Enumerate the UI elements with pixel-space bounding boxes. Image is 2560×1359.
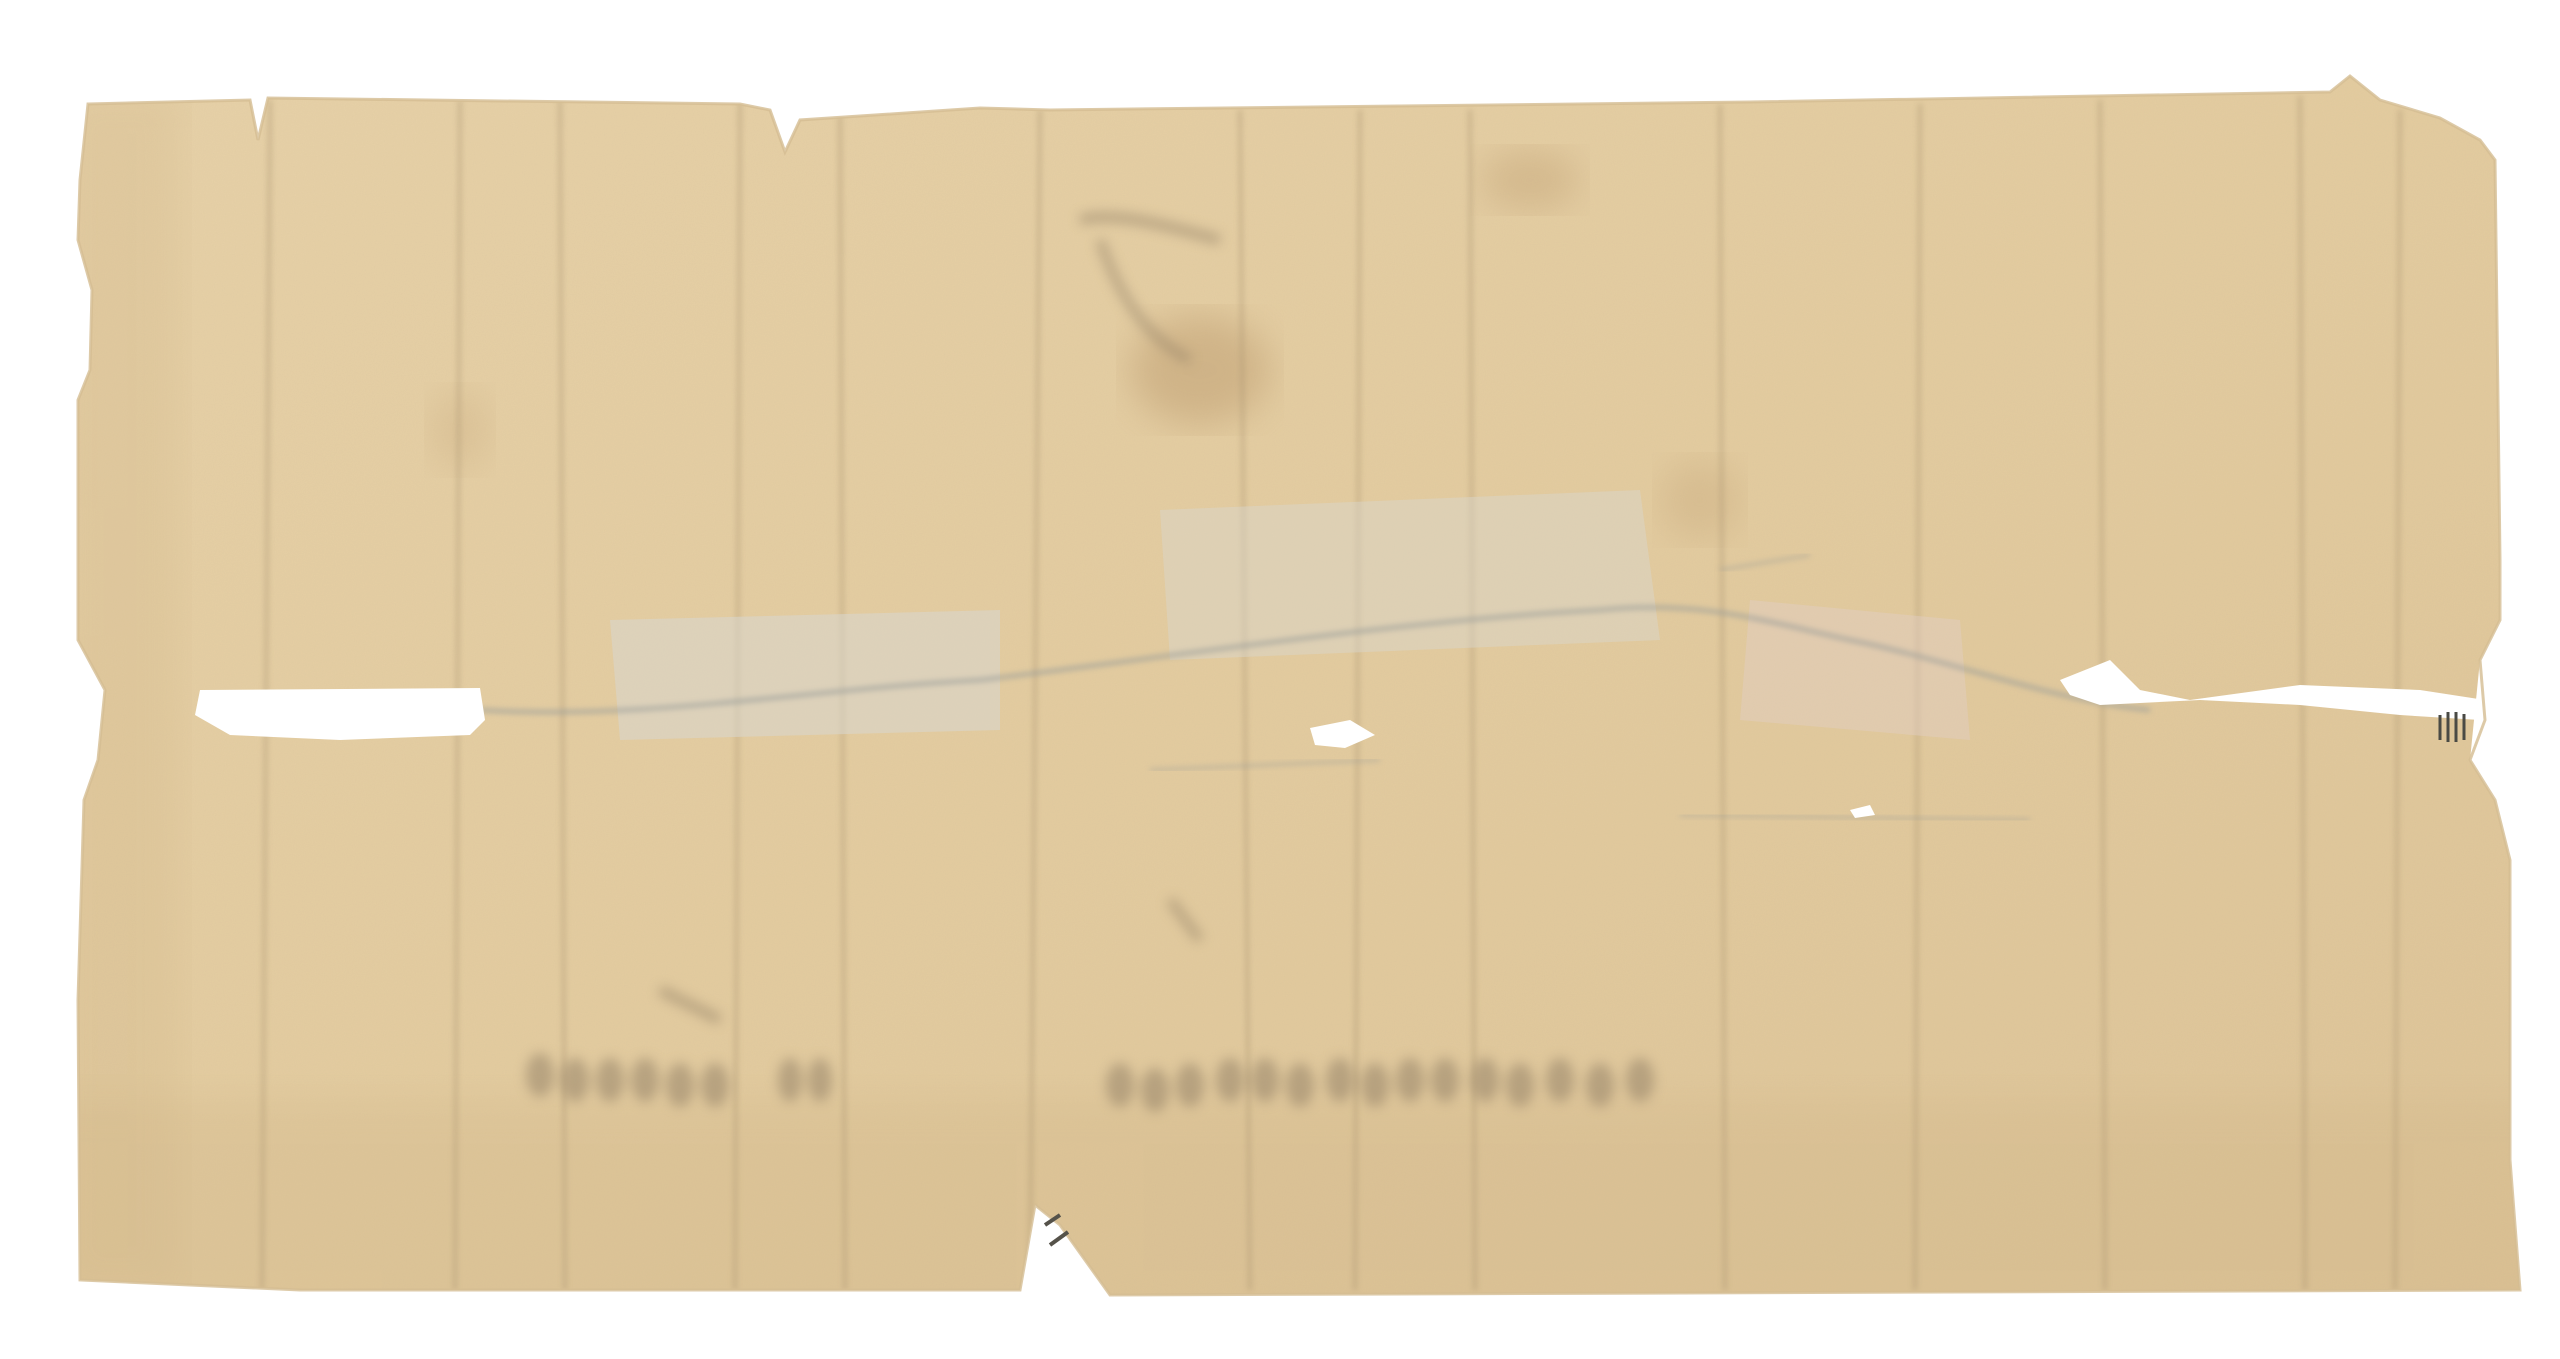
paper-sheet <box>0 0 2560 1359</box>
scanned-document: scanned paper back side <box>0 0 2560 1359</box>
paper-body <box>0 0 2560 1359</box>
